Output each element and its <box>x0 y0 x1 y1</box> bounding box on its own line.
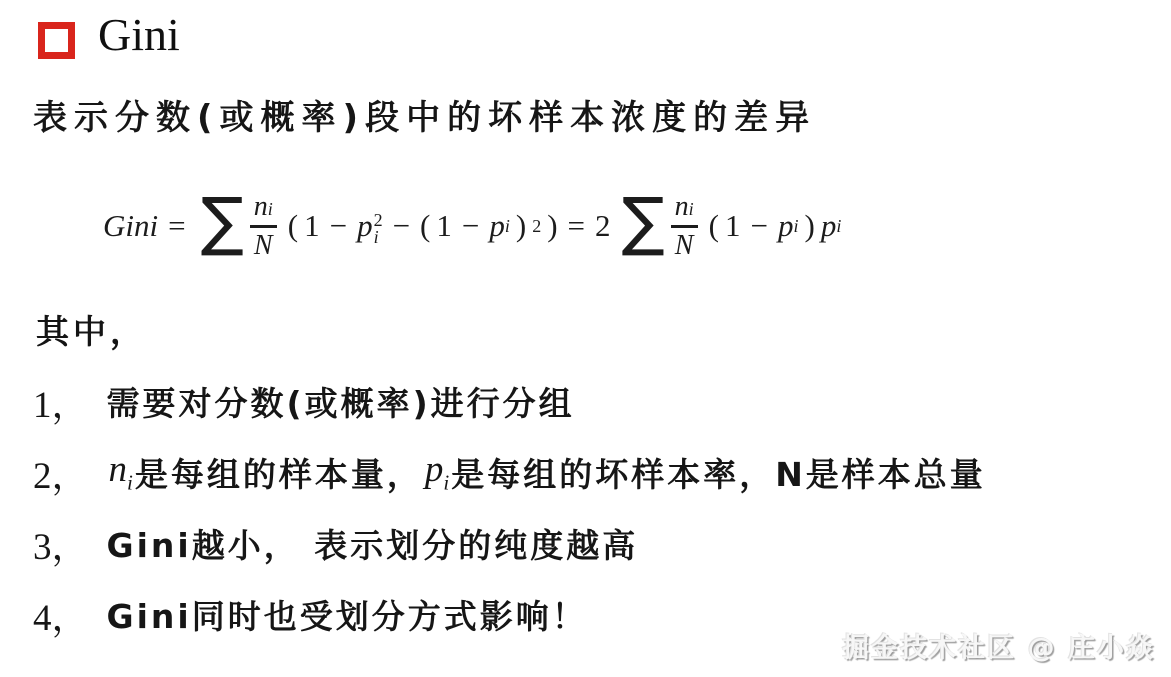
var-n: n <box>254 193 268 221</box>
lead-text: 其中， <box>36 306 147 353</box>
item-number: 4， <box>33 587 89 641</box>
formula-token: ( <box>420 208 430 244</box>
fraction-numerator: ni <box>250 193 277 228</box>
var-N: N <box>675 230 694 261</box>
fraction-denominator: N <box>254 228 273 260</box>
item-number: 1， <box>33 374 89 428</box>
item-text: 是每组的坏样本率， <box>451 449 775 496</box>
p-i-squared: p2i <box>357 208 383 244</box>
var-n-i: ni <box>109 448 133 495</box>
p-i: pi <box>489 208 510 244</box>
p-i: pi <box>778 208 799 244</box>
formula-token: ( <box>288 208 298 244</box>
var-p: p <box>778 208 794 244</box>
summation-icon: ∑ <box>201 195 244 249</box>
list-item-1: 1， 需要对分数(或概率)进行分组 <box>33 376 986 426</box>
formula-token: ) <box>804 208 814 244</box>
formula-token: 1 <box>725 208 741 244</box>
var-p: p <box>489 208 505 244</box>
item-text: Gini同时也受划分方式影响！ <box>107 591 588 638</box>
var-n: n <box>675 193 689 221</box>
minus-sign: − <box>750 208 767 244</box>
item-text: N是样本总量 <box>775 449 986 496</box>
formula-token: 1 <box>304 208 320 244</box>
item-number: 2， <box>33 445 89 499</box>
fraction-ni-over-N: ni N <box>250 193 277 260</box>
minus-sign: − <box>393 208 410 244</box>
sub-sup-stack: 2i <box>374 212 383 246</box>
watermark: 掘金技术社区 @ 庄小焱 <box>842 626 1155 665</box>
var-p: p <box>425 449 444 490</box>
coefficient-2: 2 <box>595 208 611 244</box>
red-square-bullet-icon <box>38 22 75 59</box>
var-n: n <box>109 449 128 490</box>
gini-formula: Gini = ∑ ni N ( 1 − p2i − ( 1 − pi ) 2 )… <box>100 176 844 276</box>
equals-sign: = <box>168 208 185 244</box>
minus-sign: − <box>330 208 347 244</box>
item-number: 3， <box>33 516 89 570</box>
formula-lhs: Gini <box>103 208 158 244</box>
sub-i: i <box>127 471 133 495</box>
notes-list: 1， 需要对分数(或概率)进行分组 2， ni 是每组的样本量， pi 是每组的… <box>33 376 986 639</box>
intro-text: 表示分数(或概率)段中的坏样本浓度的差异 <box>33 90 816 139</box>
fraction-numerator: ni <box>671 193 698 228</box>
formula-token: ) <box>516 208 526 244</box>
var-p: p <box>357 208 373 244</box>
formula-token: ( <box>709 208 719 244</box>
var-N: N <box>254 230 273 261</box>
sub-i: i <box>374 229 379 246</box>
var-p-i: pi <box>425 448 449 495</box>
equals-sign: = <box>568 208 585 244</box>
item-text: 需要对分数(或概率)进行分组 <box>107 378 575 425</box>
p-i: pi <box>821 208 842 244</box>
formula-token: ) <box>547 208 557 244</box>
var-p: p <box>821 208 837 244</box>
minus-sign: − <box>462 208 479 244</box>
summation-icon: ∑ <box>622 195 665 249</box>
sub-i: i <box>443 471 449 495</box>
fraction-denominator: N <box>675 228 694 260</box>
item-text: 是每组的样本量， <box>135 449 423 496</box>
fraction-ni-over-N: ni N <box>671 193 698 260</box>
slide: Gini 表示分数(或概率)段中的坏样本浓度的差异 Gini = ∑ ni N … <box>0 0 1171 677</box>
list-item-2: 2， ni 是每组的样本量， pi 是每组的坏样本率， N是样本总量 <box>33 447 986 497</box>
item-text: Gini越小， 表示划分的纯度越高 <box>107 520 639 567</box>
page-title: Gini <box>98 10 180 61</box>
formula-token: 1 <box>436 208 452 244</box>
list-item-3: 3， Gini越小， 表示划分的纯度越高 <box>33 518 986 568</box>
